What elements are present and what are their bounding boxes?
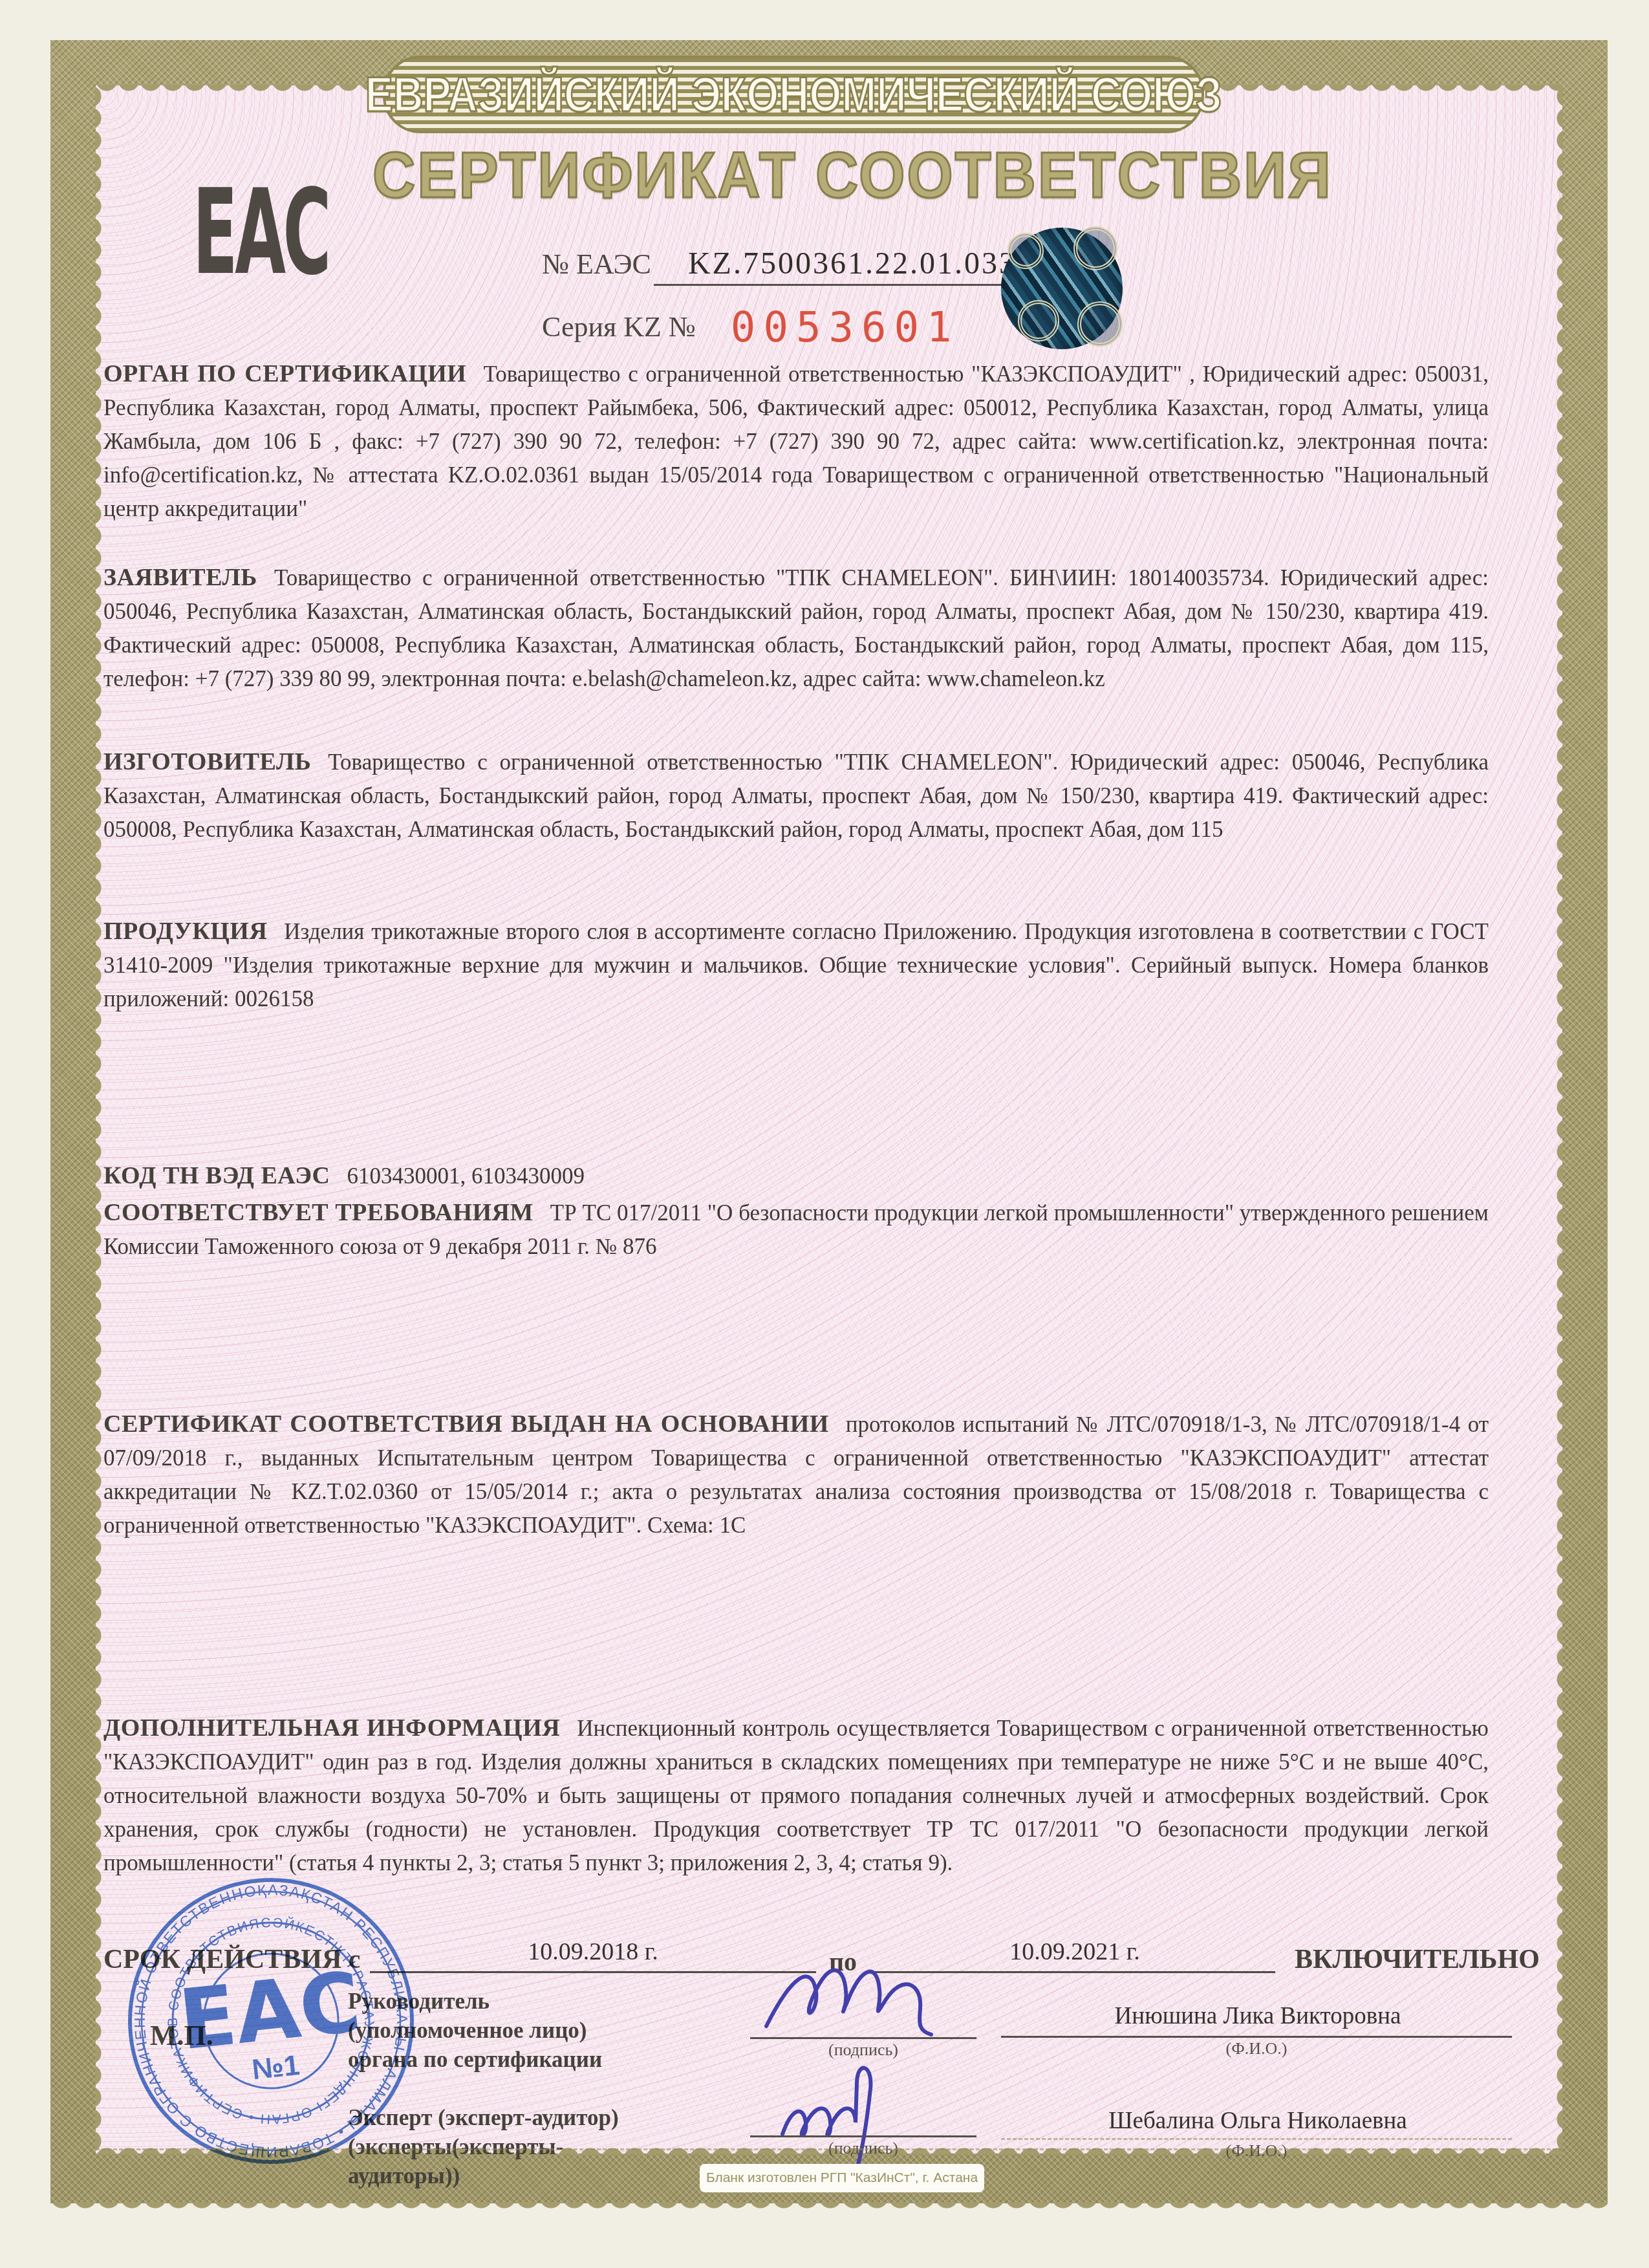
signature-line-head: (подпись)	[750, 2037, 976, 2060]
certificate-title: СЕРТИФИКАТ СООТВЕТСТВИЯ	[372, 138, 1205, 213]
signatory-name-expert: Шебалина Ольга Николаевна	[1009, 2107, 1507, 2135]
certificate-number-label: № ЕАЭС	[542, 248, 651, 280]
validity-inclusive-label: ВКЛЮЧИТЕЛЬНО	[1295, 1944, 1540, 1975]
eac-mark-icon: ЕАС	[193, 173, 329, 291]
hologram-badge-icon	[1077, 301, 1123, 347]
validity-from-date: 10.09.2018 г.	[370, 1938, 816, 1973]
section-header: ИЗГОТОВИТЕЛЬ	[103, 748, 328, 775]
signature-ink-head	[757, 1952, 970, 2042]
series-label: Серия KZ №	[542, 311, 696, 343]
section-product: ПРОДУКЦИЯИзделия трикотажные второго сло…	[103, 914, 1489, 1016]
blank-manufacturer-text: Бланк изготовлен РГП "КазИнСт", г. Астан…	[706, 2170, 978, 2186]
section-header: ПРОДУКЦИЯ	[103, 918, 284, 945]
section-header: ОРГАН ПО СЕРТИФИКАЦИИ	[103, 360, 483, 387]
section-hs-code: КОД ТН ВЭД ЕАЭС6103430001, 6103430009	[103, 1159, 1489, 1193]
border-bottom-fringe	[50, 2202, 1608, 2218]
hologram-badge-icon	[1018, 300, 1059, 341]
section-text: Изделия трикотажные второго слоя в ассор…	[103, 919, 1489, 1011]
section-additional-info: ДОПОЛНИТЕЛЬНАЯ ИНФОРМАЦИЯИнспекционный к…	[103, 1711, 1489, 1880]
section-text: Товарищество с ограниченной ответственно…	[103, 565, 1489, 691]
certificate-page: ЕАС ЕВРАЗИЙСКИЙ ЭКОНОМИЧЕСКИЙ СОЮЗ СЕРТИ…	[0, 0, 1649, 2268]
stamp-number-text: №1	[250, 2049, 301, 2086]
fio-line-head: (Ф.И.О.)	[1001, 2036, 1512, 2058]
scallop-edge-right	[1550, 85, 1563, 2154]
signatory-name-head: Инюшина Лика Викторовна	[1009, 2002, 1507, 2030]
blank-manufacturer-note: Бланк изготовлен РГП "КазИнСт", г. Астан…	[700, 2164, 984, 2192]
section-requirements: СООТВЕТСТВУЕТ ТРЕБОВАНИЯМТР ТС 017/2011 …	[103, 1196, 1489, 1264]
eaeu-banner-text: ЕВРАЗИЙСКИЙ ЭКОНОМИЧЕСКИЙ СОЮЗ	[365, 67, 1222, 123]
section-header: СООТВЕТСТВУЕТ ТРЕБОВАНИЯМ	[103, 1199, 550, 1226]
hologram-badge-icon	[1073, 226, 1117, 270]
section-header: ЗАЯВИТЕЛЬ	[103, 564, 274, 591]
section-header: КОД ТН ВЭД ЕАЭС	[103, 1162, 347, 1189]
section-applicant: ЗАЯВИТЕЛЬТоварищество с ограниченной отв…	[103, 561, 1489, 696]
section-text: 6103430001, 6103430009	[347, 1163, 585, 1189]
microprint-divider	[96, 2148, 1562, 2150]
series-value: 0053601	[731, 304, 960, 352]
section-basis: СЕРТИФИКАТ СООТВЕТСТВИЯ ВЫДАН НА ОСНОВАН…	[103, 1407, 1489, 1542]
section-certification-body: ОРГАН ПО СЕРТИФИКАЦИИТоварищество с огра…	[103, 357, 1489, 526]
eaeu-banner: ЕВРАЗИЙСКИЙ ЭКОНОМИЧЕСКИЙ СОЮЗ	[383, 56, 1204, 133]
section-manufacturer: ИЗГОТОВИТЕЛЬТоварищество с ограниченной …	[103, 745, 1489, 847]
section-header: ДОПОЛНИТЕЛЬНАЯ ИНФОРМАЦИЯ	[103, 1714, 577, 1742]
hologram-badge-icon	[1008, 233, 1044, 269]
certification-round-stamp: ҚАЗАҚСТАН РЕСПУБЛИКАСЫ • АЛМАТЫ • ТОВАРИ…	[113, 1863, 429, 2179]
signature-line-expert: (подпись)	[750, 2135, 976, 2158]
series-row: Серия KZ № 0053601	[542, 299, 960, 347]
hologram-icon	[1001, 228, 1123, 349]
section-header: СЕРТИФИКАТ СООТВЕТСТВИЯ ВЫДАН НА ОСНОВАН…	[103, 1410, 846, 1438]
